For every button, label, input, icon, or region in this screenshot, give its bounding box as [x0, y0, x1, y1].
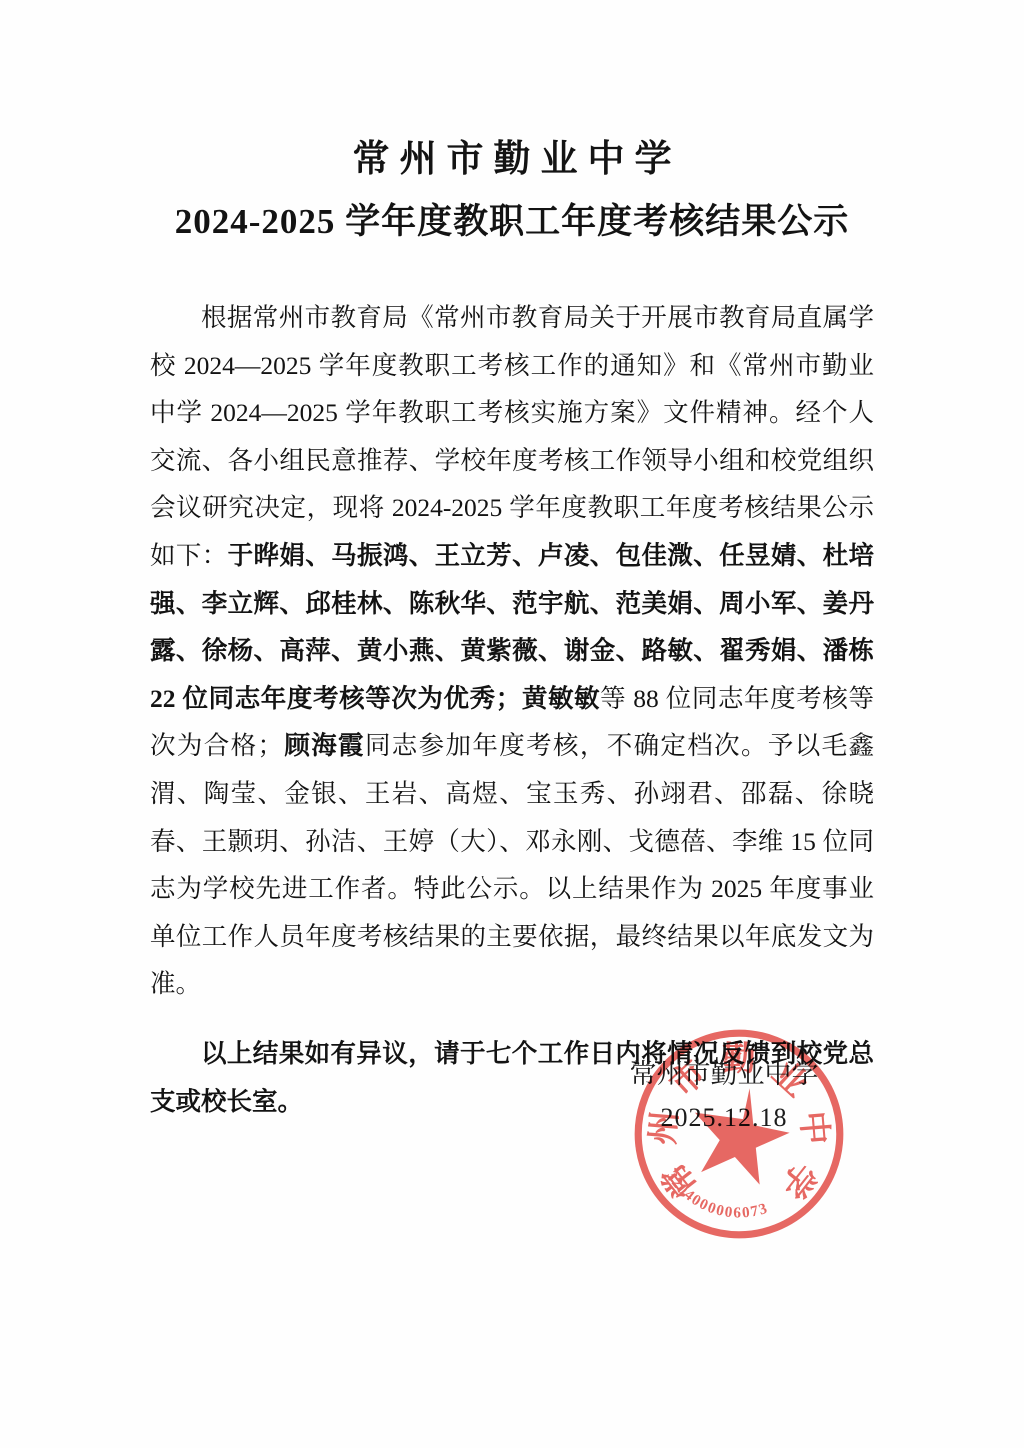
text-segment: 根据常州市教育局《常州市教育局关于开展市教育局直属学校 2024—2025 学年…	[150, 303, 874, 570]
doc-title-line2: 2024-2025 学年度教职工年度考核结果公示	[0, 194, 1024, 244]
seal-ring-char: 学	[773, 1155, 824, 1205]
bold-text-segment: 顾海霞	[283, 731, 365, 760]
doc-title-line1: 常州市勤业中学	[0, 128, 1024, 182]
paragraph: 根据常州市教育局《常州市教育局关于开展市教育局直属学校 2024—2025 学年…	[150, 294, 874, 1008]
seal-ring-char: 常	[654, 1155, 705, 1205]
signature-date: 2025.12.18	[564, 1096, 884, 1140]
signature-org: 常州市勤业中学	[564, 1052, 884, 1096]
document-page: 常州市勤业中学 2024-2025 学年度教职工年度考核结果公示 根据常州市教育…	[0, 0, 1024, 1448]
signature-block: 常州市勤业中学 2025.12.18	[564, 1052, 884, 1140]
text-segment: 同志参加年度考核，不确定档次。予以毛鑫渭、陶莹、金银、王岩、高煜、宝玉秀、孙翊君…	[150, 731, 874, 998]
document-body: 根据常州市教育局《常州市教育局关于开展市教育局直属学校 2024—2025 学年…	[150, 294, 874, 1125]
seal-serial-number: 3204000006073	[663, 1168, 771, 1222]
